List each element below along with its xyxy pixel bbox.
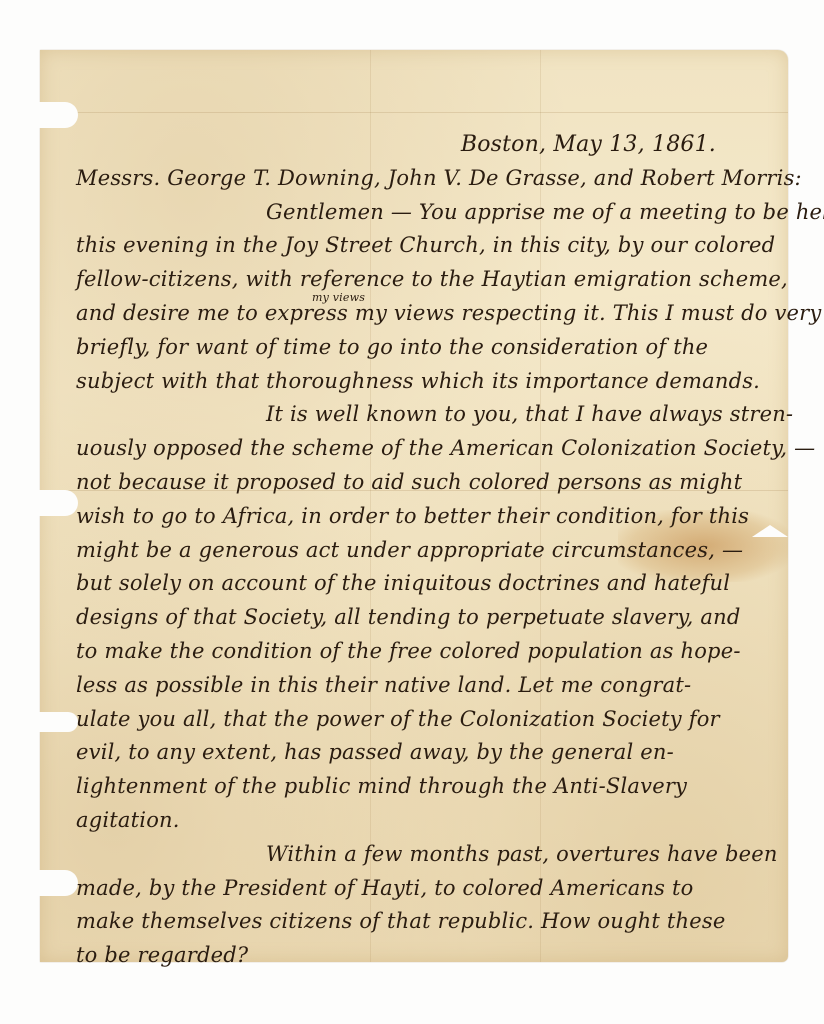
letter-line: designs of that Society, all tending to … bbox=[76, 601, 766, 635]
paragraph-3: Within a few months past, overtures have… bbox=[76, 838, 766, 973]
letter-line: It is well known to you, that I have alw… bbox=[76, 398, 766, 432]
paragraph-1: Gentlemen — You apprise me of a meeting … bbox=[76, 196, 766, 399]
letter-line: subject with that thoroughness which its… bbox=[76, 365, 766, 399]
letter-line: to be regarded? bbox=[76, 939, 766, 973]
letter-line-with-insertion: my views and desire me to express my vie… bbox=[76, 297, 766, 331]
letter-line: uously opposed the scheme of the America… bbox=[76, 432, 766, 466]
dateline: Boston, May 13, 1861. bbox=[76, 128, 766, 162]
letter-line: Gentlemen — You apprise me of a meeting … bbox=[76, 196, 766, 230]
paper-notch bbox=[38, 712, 78, 732]
letter-line: lightenment of the public mind through t… bbox=[76, 770, 766, 804]
letter-line: briefly, for want of time to go into the… bbox=[76, 331, 766, 365]
letter-line: this evening in the Joy Street Church, i… bbox=[76, 229, 766, 263]
letter-line: not because it proposed to aid such colo… bbox=[76, 466, 766, 500]
letter-line: but solely on account of the iniquitous … bbox=[76, 567, 766, 601]
letter-line: agitation. bbox=[76, 804, 766, 838]
letter-line: and desire me to express my views respec… bbox=[76, 301, 821, 325]
letter-line: to make the condition of the free colore… bbox=[76, 635, 766, 669]
letter-line: ulate you all, that the power of the Col… bbox=[76, 703, 766, 737]
salutation-addressees: Messrs. George T. Downing, John V. De Gr… bbox=[76, 162, 766, 196]
letter-line: evil, to any extent, has passed away, by… bbox=[76, 736, 766, 770]
letter-line: make themselves citizens of that republi… bbox=[76, 905, 766, 939]
letter-line: Within a few months past, overtures have… bbox=[76, 838, 766, 872]
paper-notch bbox=[38, 490, 78, 516]
letter-line: might be a generous act under appropriat… bbox=[76, 534, 766, 568]
letter-line: wish to go to Africa, in order to better… bbox=[76, 500, 766, 534]
paper-notch bbox=[38, 102, 78, 128]
letter-sheet: Boston, May 13, 1861. Messrs. George T. … bbox=[40, 50, 788, 962]
fold-line bbox=[40, 112, 788, 113]
letter-line: fellow-citizens, with reference to the H… bbox=[76, 263, 766, 297]
letter-body: Boston, May 13, 1861. Messrs. George T. … bbox=[76, 128, 766, 973]
paper-notch bbox=[38, 870, 78, 896]
interlinear-insertion: my views bbox=[312, 281, 365, 315]
letter-line: less as possible in this their native la… bbox=[76, 669, 766, 703]
paragraph-2: It is well known to you, that I have alw… bbox=[76, 398, 766, 837]
letter-line: made, by the President of Hayti, to colo… bbox=[76, 872, 766, 906]
scanned-page: Boston, May 13, 1861. Messrs. George T. … bbox=[0, 0, 824, 1024]
